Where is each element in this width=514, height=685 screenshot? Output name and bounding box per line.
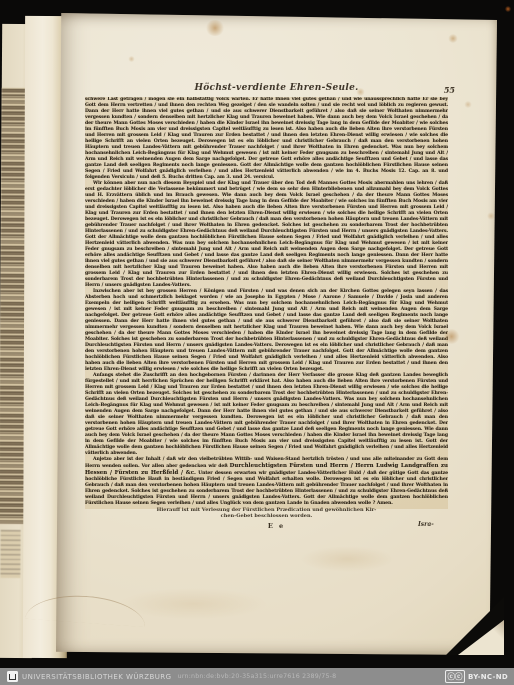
foxing-spot (505, 6, 511, 12)
paragraph: Wir können aber nun nach diesem Beyspiel… (85, 181, 448, 289)
running-header-row: Höchst-verdiente Ehren-Seule. 55 (56, 83, 497, 97)
metadata-bar: UNIVERSITÄTSBIBLIOTHEK WÜRZBURG urn:nbn:… (0, 668, 514, 685)
cc-license-badge: ⓒⓒ BY-NC-ND (445, 670, 508, 683)
running-header: Höchst-verdiente Ehren-Seule. (56, 83, 497, 93)
paragraph: Anfangs stehet die Zuschrifft an den hoc… (85, 373, 448, 457)
urn-label: urn:nbn:de:bvb:20-35a315:urre7616 2389/7… (178, 673, 337, 680)
paragraph: Inzwischen aber ist bey grossen Herren /… (85, 289, 448, 373)
library-watermark: UNIVERSITÄTSBIBLIOTHEK WÜRZBURG (22, 673, 172, 681)
book-page: Höchst-verdiente Ehren-Seule. 55 schwere… (56, 13, 497, 655)
page-number: 55 (444, 85, 455, 95)
closing-note: Hierauff ist mit Verlesung der Fürstlich… (85, 507, 448, 519)
body-text-block: schwere Last getragen / mögen sie ein ha… (85, 97, 448, 509)
catchword: Isra- (418, 521, 434, 528)
closing-line: chen-Gebet beschlossen worden. (85, 513, 448, 519)
library-logo-icon (7, 671, 18, 682)
scan-background: Höchst-verdiente Ehren-Seule. 55 schwere… (0, 0, 514, 685)
paragraph: schwere Last getragen / mögen sie ein ha… (85, 97, 448, 181)
library-logo-glyph (9, 674, 16, 680)
license-text: BY-NC-ND (468, 673, 508, 681)
previous-page-text-texture-faint (0, 530, 20, 578)
cc-icon: ⓒⓒ (445, 670, 465, 683)
paragraph: Anjetzo aber ist der Inhalt / daß wir de… (85, 457, 448, 507)
library-brand: UNIVERSITÄTSBIBLIOTHEK WÜRZBURG (7, 671, 172, 682)
paragraph-text: Unter dessen erwarten wir gnädigster Lan… (85, 471, 448, 506)
